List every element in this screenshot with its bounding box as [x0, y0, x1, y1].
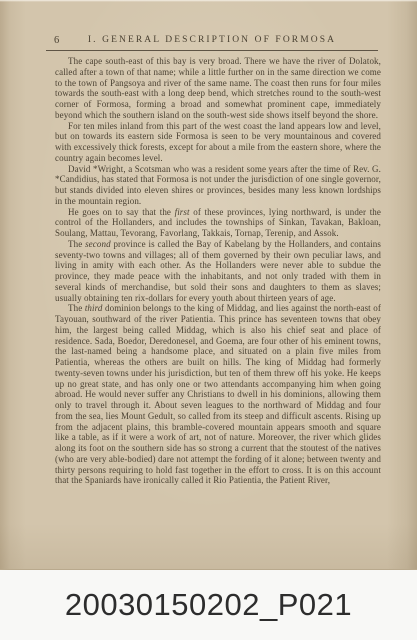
italic-term: third	[85, 303, 103, 313]
paragraph: The cape south-east of this bay is very …	[55, 56, 381, 121]
header-rule	[46, 50, 378, 51]
body-text: The cape south-east of this bay is very …	[55, 56, 381, 120]
italic-term: first	[175, 207, 190, 217]
body-text: dominion belongs to the king of Middag, …	[55, 303, 381, 485]
body-text: David *Wright, a Scotsman who was a resi…	[55, 164, 381, 206]
italic-term: second	[85, 239, 111, 249]
body-text: The	[68, 303, 85, 313]
scanned-page-image: 6 I. GENERAL DESCRIPTION OF FORMOSA The …	[0, 0, 417, 640]
body-text: He goes on to say that the	[68, 207, 175, 217]
body-text: The	[68, 239, 85, 249]
running-title: I. GENERAL DESCRIPTION OF FORMOSA	[46, 35, 378, 45]
paragraph: For ten miles inland from this part of t…	[55, 121, 381, 164]
paragraph: The third dominion belongs to the king o…	[55, 303, 381, 486]
text-block: The cape south-east of this bay is very …	[55, 56, 381, 486]
body-text: For ten miles inland from this part of t…	[55, 121, 381, 163]
page-number: 6	[54, 35, 60, 46]
paragraph: The second province is called the Bay of…	[55, 239, 381, 304]
paragraph: David *Wright, a Scotsman who was a resi…	[55, 164, 381, 207]
scan-id-caption: 20030150202_P021	[65, 587, 352, 623]
paragraph: He goes on to say that the first of thes…	[55, 207, 381, 239]
page-header: 6 I. GENERAL DESCRIPTION OF FORMOSA	[46, 35, 378, 49]
caption-strip: 20030150202_P021	[0, 570, 417, 640]
paper-page: 6 I. GENERAL DESCRIPTION OF FORMOSA The …	[0, 0, 417, 570]
